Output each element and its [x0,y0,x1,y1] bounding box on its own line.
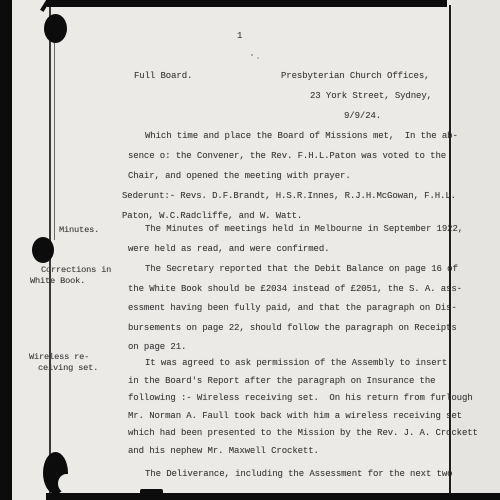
scan-edge-bar-bottom [46,493,500,500]
body-line: Chair, and opened the meeting with praye… [128,171,458,191]
body-line: sence o: the Convener, the Rev. F.H.L.Pa… [128,151,458,171]
body-line: and his nephew Mr. Maxwell Crockett. [128,446,458,464]
body-line: following :- Wireless receiving set. On … [128,393,458,411]
body-line: essment having been fully paid, and that… [128,303,458,323]
paragraph-corrections: The Secretary reported that the Debit Ba… [128,264,458,362]
body-line: Sederunt:- Revs. D.F.Brandt, H.S.R.Innes… [122,191,452,211]
body-line: The Secretary reported that the Debit Ba… [128,264,458,284]
body-line: The Minutes of meetings held in Melbourn… [128,224,458,244]
scan-background [452,0,500,500]
margin-label-corrections-2: White Book. [30,276,85,286]
body-line: Mr. Norman A. Faull took back with him a… [128,411,458,429]
margin-label-minutes: Minutes. [59,225,99,235]
margin-label-wireless-2: ceiving set. [38,363,98,373]
binding-hole-top [44,14,67,43]
body-line: in the Board's Report after the paragrap… [128,376,458,394]
heading-full-board: Full Board. [134,71,192,82]
scan-edge-bar-top [47,0,447,7]
paragraph-deliverance: The Deliverance, including the Assessmen… [128,469,458,489]
body-line: which had been presented to the Mission … [128,428,458,446]
body-line: the White Book should be £2034 instead o… [128,284,458,304]
margin-label-corrections-1: Corrections in [41,265,111,275]
page-fold-line-secondary [54,20,55,240]
address-line-3: 9/9/24. [344,111,381,122]
body-line: were held as read, and were confirmed. [128,244,458,264]
body-line: bursements on page 22, should follow the… [128,323,458,343]
binding-hole-middle [32,237,54,263]
page-number: 1 [237,31,242,42]
paragraph-minutes: The Minutes of meetings held in Melbourn… [128,224,458,263]
ink-speck [251,54,253,56]
margin-label-wireless-1: Wireless re- [29,352,89,362]
paragraph-wireless: It was agreed to ask permission of the A… [128,358,458,464]
ink-speck [257,57,259,59]
scan-edge-bar-left [0,0,12,500]
address-line-2: 23 York Street, Sydney, [310,91,432,102]
scan-artifact-bump [140,489,163,495]
body-line: Which time and place the Board of Missio… [128,131,458,151]
body-line: The Deliverance, including the Assessmen… [128,469,458,489]
page-edge-line-right [449,5,451,497]
scanned-minutes-page: 1 Full Board. Presbyterian Church Office… [0,0,500,500]
address-line-1: Presbyterian Church Offices, [281,71,429,82]
paragraph-opening: Which time and place the Board of Missio… [128,131,458,191]
body-line: It was agreed to ask permission of the A… [128,358,458,376]
binding-hole-bottom-notch [58,474,75,493]
